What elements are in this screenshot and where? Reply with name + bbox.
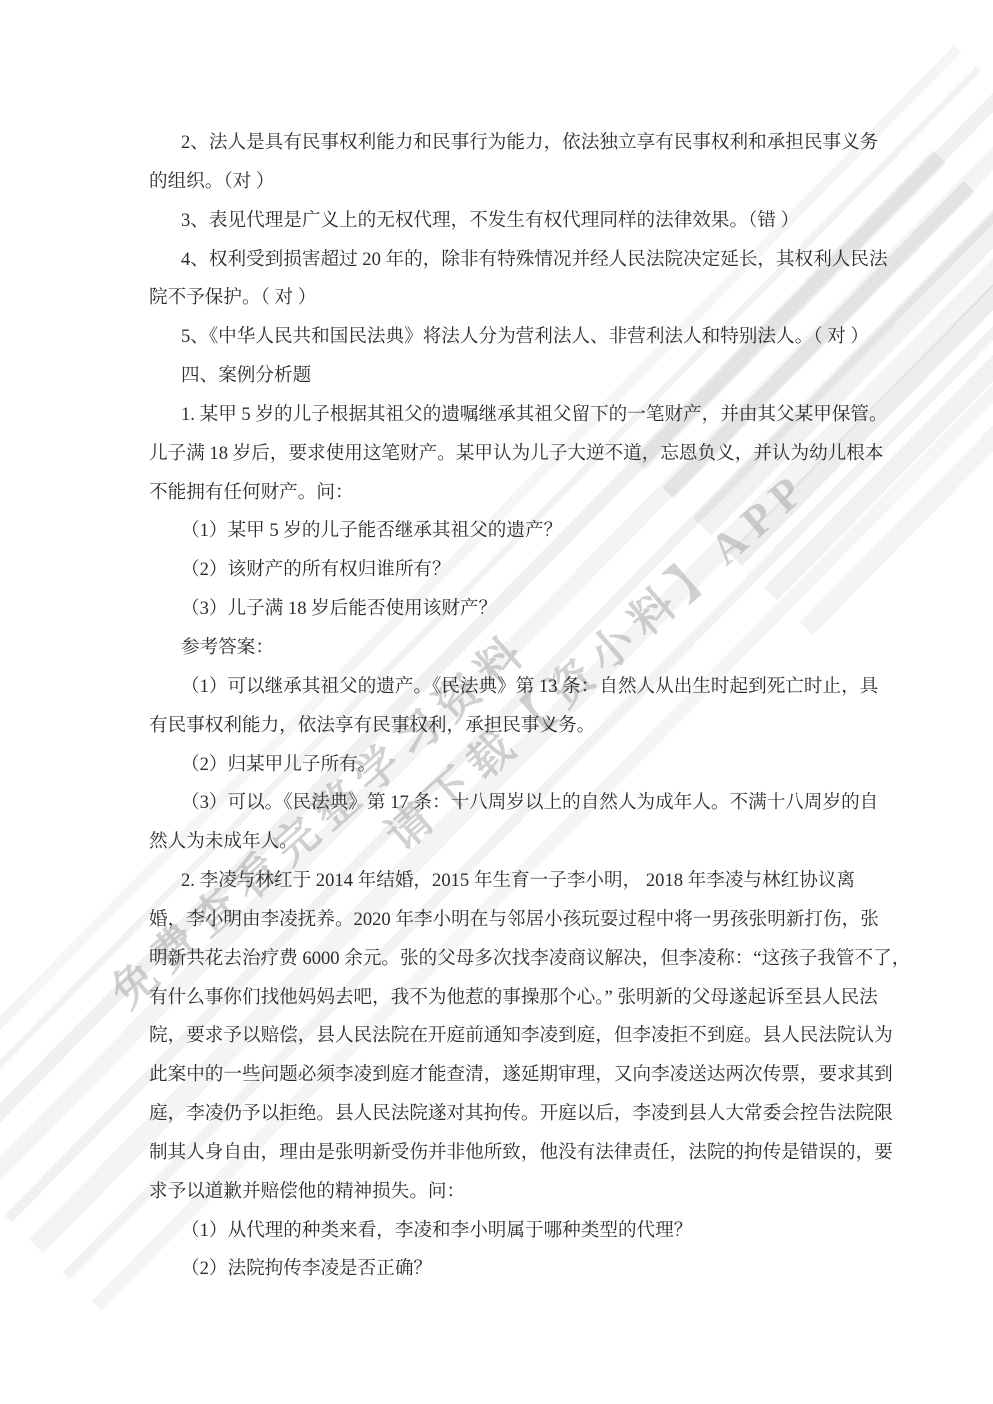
text-line: 的组织。（对 ） bbox=[149, 163, 853, 202]
text-line: 4、权利受到损害超过 20 年的，除非有特殊情况并经人民法院决定延长，其权利人民… bbox=[149, 241, 853, 280]
text-line: 1. 某甲 5 岁的儿子根据其祖父的遗嘱继承其祖父留下的一笔财产，并由其父某甲保… bbox=[149, 396, 853, 435]
text-line: （2）法院拘传李凌是否正确？ bbox=[149, 1250, 853, 1289]
text-line: 庭，李凌仍予以拒绝。县人民法院遂对其拘传。开庭以后，李凌到县人大常委会控告法院限 bbox=[149, 1095, 853, 1134]
text-line: 求予以道歉并赔偿他的精神损失。问： bbox=[149, 1173, 853, 1212]
text-line: 儿子满 18 岁后，要求使用这笔财产。某甲认为儿子大逆不道，忘恩负义，并认为幼儿… bbox=[149, 435, 853, 474]
text-line: 此案中的一些问题必须李凌到庭才能查清，遂延期审理，又向李凌送达两次传票，要求其到 bbox=[149, 1056, 853, 1095]
text-line: （1）可以继承其祖父的遗产。《民法典》第 13 条：自然人从出生时起到死亡时止，… bbox=[149, 668, 853, 707]
text-line: （2）该财产的所有权归谁所有？ bbox=[149, 551, 853, 590]
text-line: （2）归某甲儿子所有。 bbox=[149, 746, 853, 785]
text-line: 2、法人是具有民事权利能力和民事行为能力，依法独立享有民事权利和承担民事义务 bbox=[149, 124, 853, 163]
document-page: 免费查看完整学习资料 请下载【资小料】APP 2、法人是具有民事权利能力和民事行… bbox=[0, 0, 993, 1404]
text-line: 然人为未成年人。 bbox=[149, 823, 853, 862]
text-line: 四、案例分析题 bbox=[149, 357, 853, 396]
text-line: 婚，李小明由李凌抚养。2020 年李小明在与邻居小孩玩耍过程中将一男孩张明新打伤… bbox=[149, 901, 853, 940]
text-line: 有民事权利能力，依法享有民事权利，承担民事义务。 bbox=[149, 707, 853, 746]
document-body: 2、法人是具有民事权利能力和民事行为能力，依法独立享有民事权利和承担民事义务的组… bbox=[149, 124, 853, 1289]
text-line: （3）可以。《民法典》第 17 条：十八周岁以上的自然人为成年人。不满十八周岁的… bbox=[149, 784, 853, 823]
text-line: 制其人身自由，理由是张明新受伤并非他所致，他没有法律责任，法院的拘传是错误的，要 bbox=[149, 1134, 853, 1173]
text-line: （1）某甲 5 岁的儿子能否继承其祖父的遗产？ bbox=[149, 512, 853, 551]
text-line: 明新共花去治疗费 6000 余元。张的父母多次找李凌商议解决，但李凌称：“这孩子… bbox=[149, 940, 853, 979]
text-line: 5、《中华人民共和国民法典》将法人分为营利法人、非营利法人和特别法人。（ 对 ） bbox=[149, 318, 853, 357]
text-line: （1）从代理的种类来看，李凌和李小明属于哪种类型的代理？ bbox=[149, 1212, 853, 1251]
text-line: 不能拥有任何财产。问： bbox=[149, 474, 853, 513]
text-line: 2. 李凌与林红于 2014 年结婚，2015 年生育一子李小明， 2018 年… bbox=[149, 862, 853, 901]
text-line: 3、表见代理是广义上的无权代理，不发生有权代理同样的法律效果。（错 ） bbox=[149, 202, 853, 241]
text-line: 院不予保护。（ 对 ） bbox=[149, 279, 853, 318]
text-line: 参考答案： bbox=[149, 629, 853, 668]
text-line: 院，要求予以赔偿，县人民法院在开庭前通知李凌到庭，但李凌拒不到庭。县人民法院认为 bbox=[149, 1017, 853, 1056]
text-line: 有什么事你们找他妈妈去吧，我不为他惹的事操那个心。” 张明新的父母遂起诉至县人民… bbox=[149, 979, 853, 1018]
text-line: （3）儿子满 18 岁后能否使用该财产？ bbox=[149, 590, 853, 629]
